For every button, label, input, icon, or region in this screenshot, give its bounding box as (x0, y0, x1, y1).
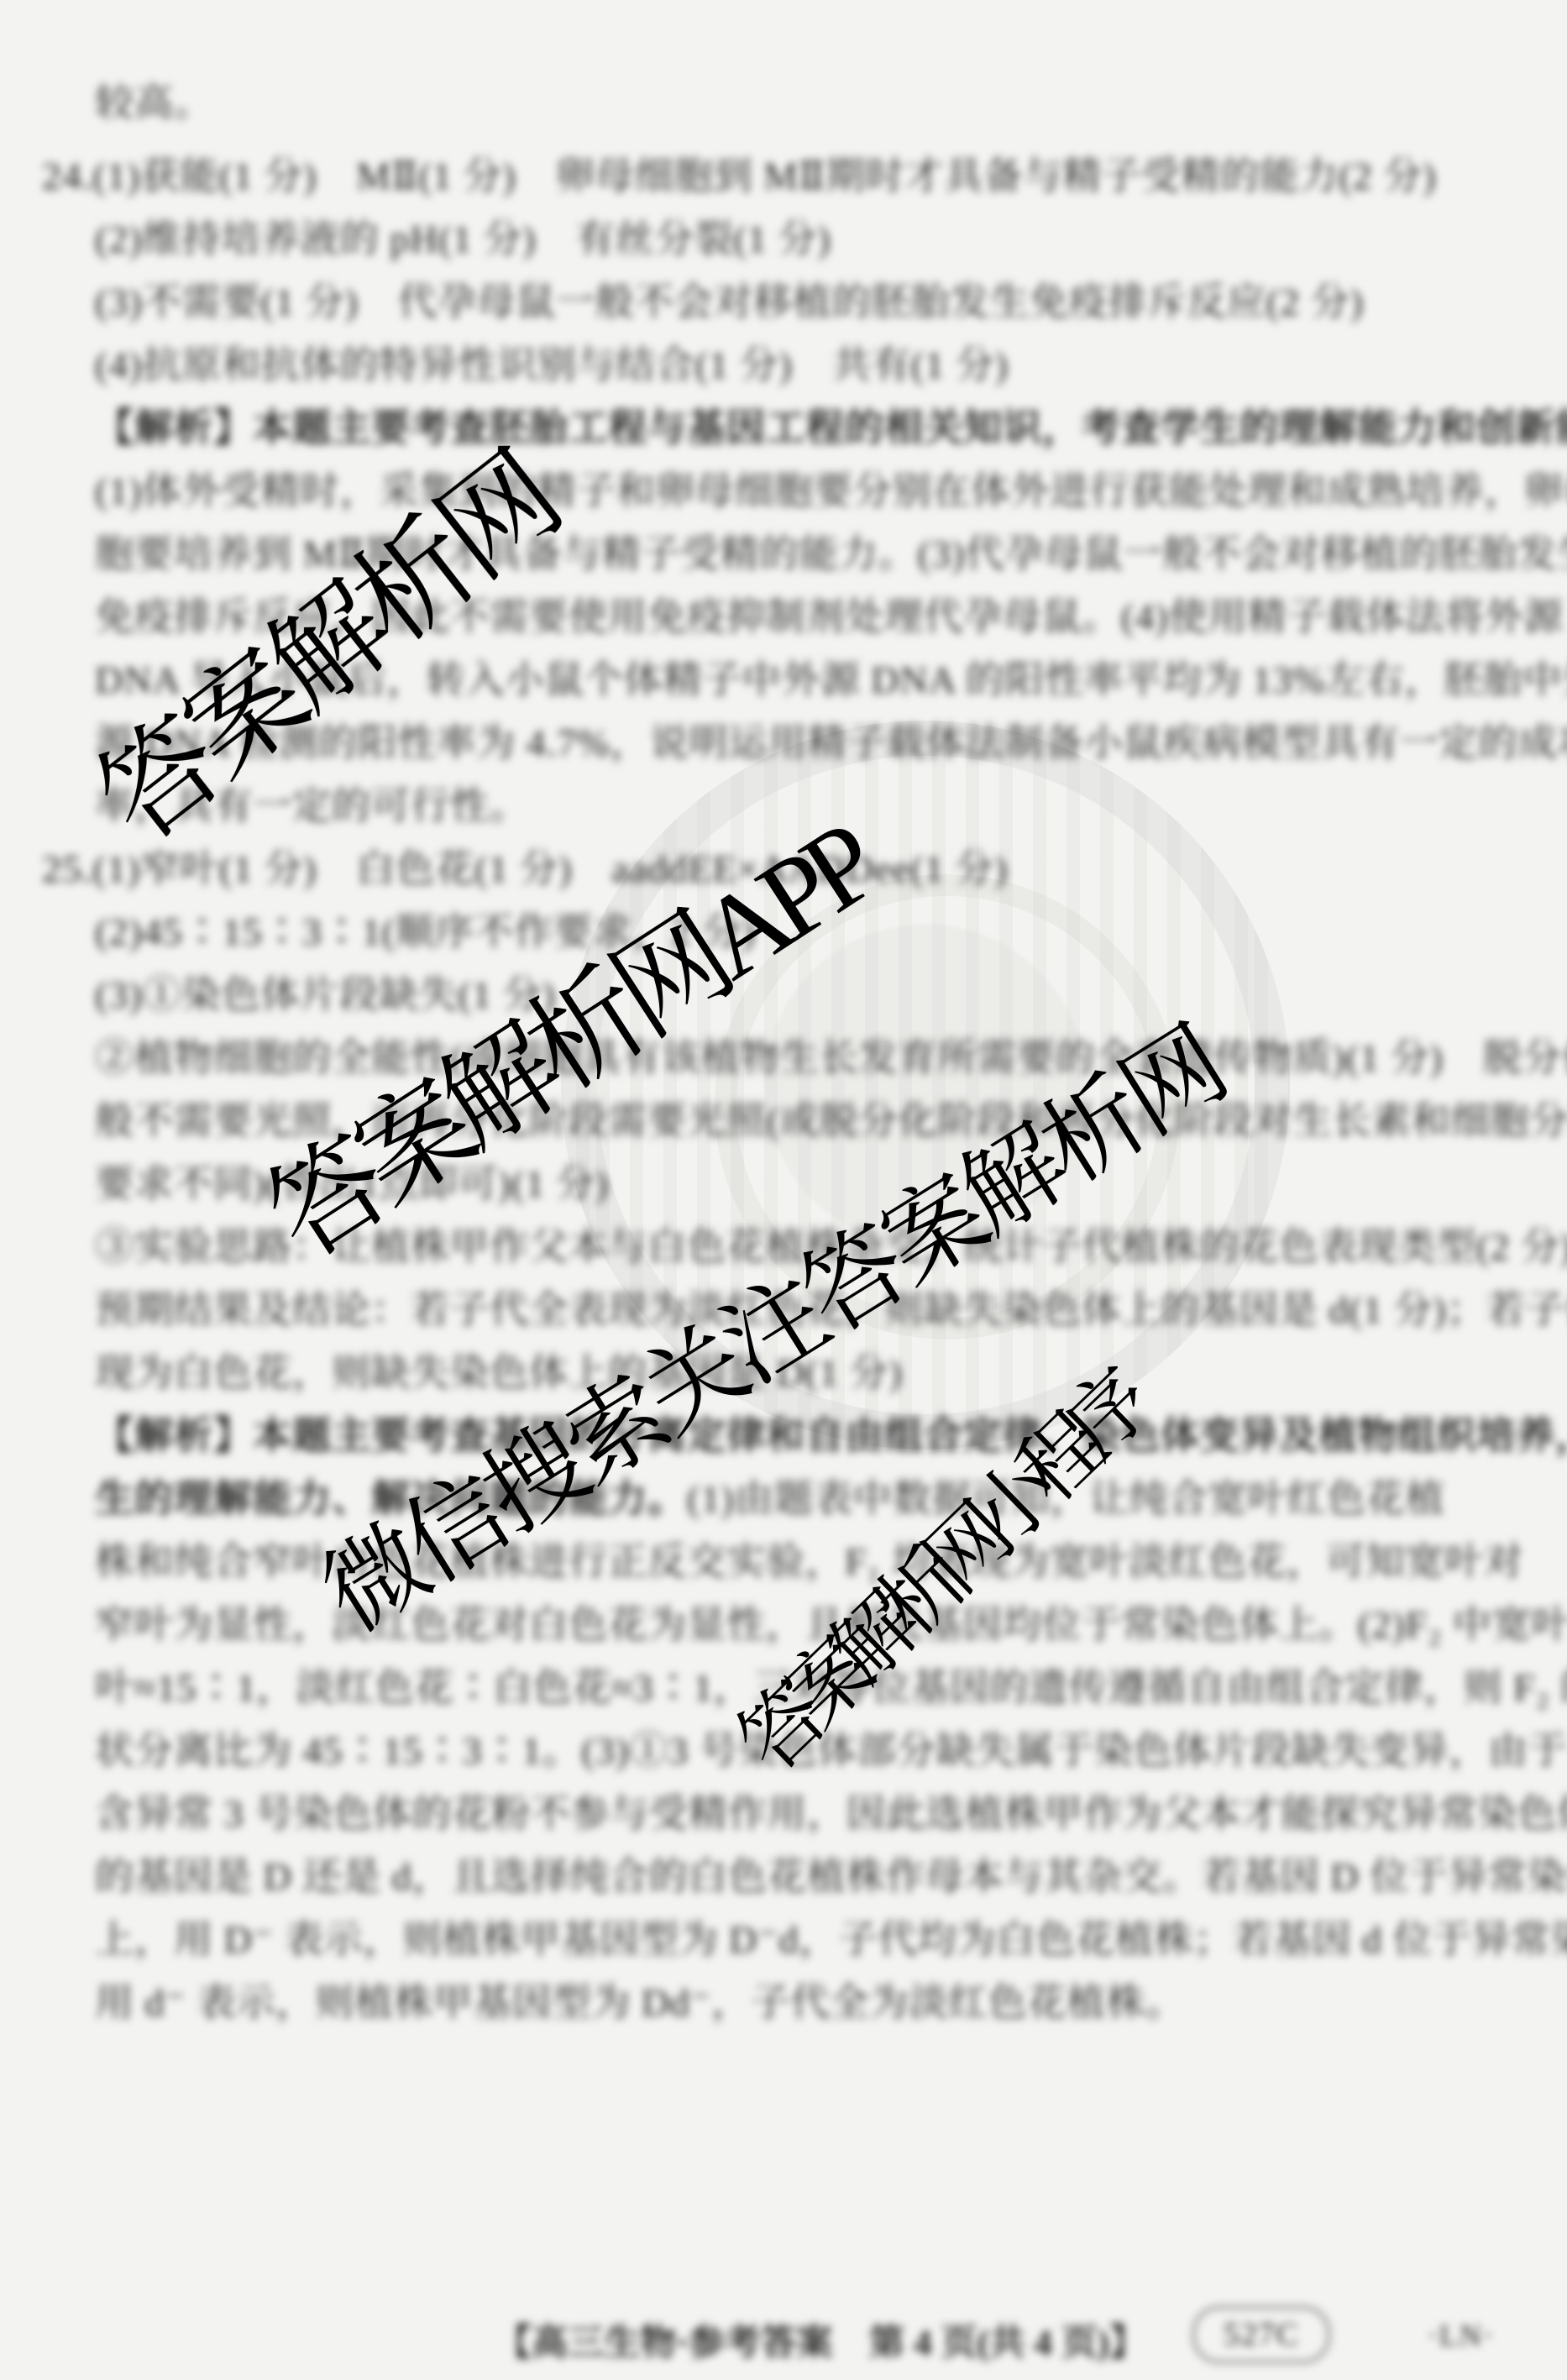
text-line: 含异常 3 号染色体的花粉不参与受精作用，因此选植株甲作为父本才能探究异常染色体… (95, 1795, 1567, 1833)
text-line: ②植物细胞的全能性(或细胞具有该植物生长发育所需要的全套遗传物质)(1 分) 脱… (95, 1039, 1567, 1077)
footer-edition-code: ·LN· (1428, 2318, 1495, 2353)
text-line: (2)维持培养液的 pH(1 分) 有丝分裂(1 分) (95, 220, 831, 259)
text-line: 【解析】本题主要考查胚胎工程与基因工程的相关知识，考查学生的理解能力和创新能力。 (95, 409, 1567, 448)
text-line: 上，用 D⁻ 表示，则植株甲基因型为 D⁻d，子代均为白色花植株；若基因 d 位… (95, 1921, 1567, 1959)
text-line: (1)体外受精时，采集到的精子和卵母细胞要分别在体外进行获能处理和成熟培养，卵母… (95, 472, 1567, 511)
text-line: 较高。 (95, 84, 213, 123)
text-line: (3)不需要(1 分) 代孕母鼠一般不会对移植的胚胎发生免疫排斥反应(2 分) (95, 283, 1364, 322)
text-line: (3)①染色体片段缺失(1 分) (95, 976, 556, 1014)
footer-code-box: 527C (1192, 2306, 1330, 2363)
footer-code-text: 527C (1224, 2316, 1299, 2353)
scanned-answer-sheet-page: 较高。 24.(1)获能(1 分) MⅡ(1 分) 卵母细胞到 MⅡ期时才具备与… (0, 0, 1567, 2380)
text-line: 用 d⁻ 表示，则植株甲基因型为 Dd⁻，子代全为淡红色花植株。 (95, 1984, 1185, 2022)
text-line: 胞要培养到 MⅡ期时才具备与精子受精的能力。(3)代孕母鼠一般不会对移植的胚胎发… (95, 535, 1567, 574)
scanned-text-layer: 较高。 24.(1)获能(1 分) MⅡ(1 分) 卵母细胞到 MⅡ期时才具备与… (0, 0, 1567, 2380)
footer-page-label: 【高三生物·参考答案 第 4 页(共 4 页)】 (495, 2314, 1145, 2366)
text-line: 24.(1)获能(1 分) MⅡ(1 分) 卵母细胞到 MⅡ期时才具备与精子受精… (42, 157, 1436, 196)
text-line: 【解析】本题主要考查基因的分离定律和自由组合定律、染色体变异及植物组织培养，考查… (95, 1417, 1567, 1455)
text-line: 生的理解能力、解决问题的能力。(1)由题表中数据可知，让纯合宽叶红色花植 (95, 1480, 1445, 1518)
text-line: (4)抗原和抗体的特异性识别与结合(1 分) 共有(1 分) (95, 346, 1009, 385)
text-line: 的基因是 D 还是 d，且选择纯合的白色花植株作母本与其杂交。若基因 D 位于异… (95, 1858, 1567, 1896)
